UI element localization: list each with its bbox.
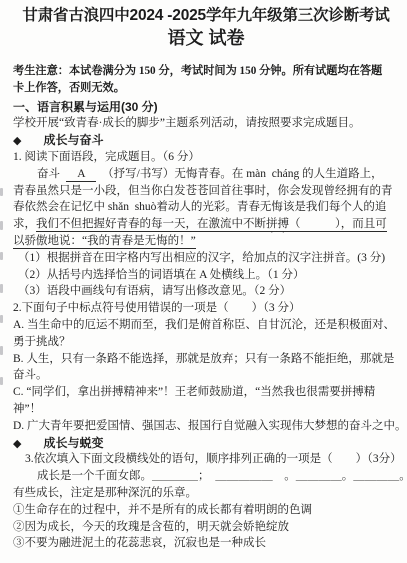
question2-optionC-line1: C. “同学们，拿出拼搏精神来”！王老师鼓励道，“当然我也很需要拼搏精 — [13, 384, 399, 401]
question3-passage-line1: 成长是一个千面女郎。＿＿＿＿； ＿＿＿＿＿ 。＿＿＿＿。＿＿＿＿。 — [13, 468, 399, 485]
question2-optionB-line2: 奋斗。 — [13, 367, 399, 384]
question2-optionC-line2: 神”！ — [13, 401, 399, 418]
question2-optionA-line2: 勇于挑战？ — [13, 334, 399, 351]
exam-title: 甘肃省古浪四中2024 -2025学年九年级第三次诊断考试 — [13, 5, 399, 26]
question1-sub3: （3）语段中画线句有语病，请写出修改意见。（2 分） — [13, 283, 399, 300]
exam-subtitle: 语文 试卷 — [13, 26, 399, 51]
scan-artifact — [0, 188, 3, 196]
diamond-bullet-icon: ◆ — [13, 135, 21, 147]
candidate-notice-line1: 考生注意：本试卷满分为 150 分，考试时间为 150 分钟。所有试题均在答题 — [13, 63, 399, 80]
underlined-sentence: 我们不但把握好青春的每一天，在激流中不断拼搏（ ），而且可 — [36, 218, 387, 232]
passage-text: 求， — [13, 218, 36, 230]
theme-header-growth-transformation: ◆成长与蜕变 — [13, 435, 399, 452]
passage-line-4: 求，我们不但把握好青春的每一天，在激流中不断拼搏（ ），而且可 — [13, 216, 399, 233]
passage-text: （抒写/书写）无悔青春。在 màn cháng 的人生道路上， — [96, 168, 382, 180]
scan-artifact — [0, 346, 3, 355]
section-intro: 学校开展“致青春·成长的脚步”主题系列活动，请按照要求完成题目。 — [13, 115, 399, 132]
passage-text: 成长是一个千面女郎。 — [37, 470, 152, 482]
scan-artifact — [0, 252, 3, 260]
candidate-notice-line2: 卡上作答，否则无效。 — [13, 80, 399, 97]
passage-line-2: 青春虽然只是一小段，但当你白发苍苍回首往事时，你会发现曾经拥有的青 — [13, 183, 399, 200]
question3-stem: 3.依次填入下面文段横线处的语句，顺序排列正确的一项是（ ）（3分） — [13, 451, 399, 468]
emphasis-dotted-word: 拼搏 — [266, 218, 289, 230]
theme-label: 成长与奋斗 — [43, 133, 103, 147]
passage-line-5: 以骄傲地说：“我的青春是无悔的！” — [13, 233, 399, 250]
scan-artifact — [0, 377, 3, 385]
question3-item1: ①生命存在的过程中，并不是所有的成长都有着明朗的色调 — [13, 502, 399, 519]
question3-item3: ③不要为融进泥土的花蕊悲哀，沉寂也是一种成长 — [13, 535, 399, 552]
section-heading: 一、语言积累与运用(30 分) — [13, 99, 399, 116]
scan-artifact — [0, 221, 3, 230]
scan-artifact — [0, 284, 3, 293]
question2-stem: 2.下面句子中标点符号使用错误的一项是（ ）（3 分） — [13, 300, 399, 317]
passage-text: 奋斗 — [37, 168, 66, 180]
question1-sub1: （1）根据拼音在田字格内写出相应的汉字，给加点的汉字注拼音。(3 分) — [13, 250, 399, 267]
underlined-text: （ ），而且可 — [289, 218, 387, 230]
fill-in-blanks: ＿＿＿＿； ＿＿＿＿＿ 。＿＿＿＿。＿＿＿＿。 — [152, 470, 407, 482]
underlined-sentence: 以骄傲地说：“我的青春是无悔的！” — [13, 235, 196, 249]
passage-line-1: 奋斗 A （抒写/书写）无悔青春。在 màn cháng 的人生道路上， — [13, 166, 399, 183]
theme-label: 成长与蜕变 — [43, 436, 103, 450]
question1-stem: 1. 阅读下面语段，完成题目。（6 分） — [13, 149, 399, 166]
question3-item2: ②因为成长，今天的玫瑰是含苞的，明天就会娇艳绽放 — [13, 519, 399, 536]
blank-a-underline: A — [66, 168, 97, 182]
underlined-text: 我们不但把握好青春的每一天，在激流中不断 — [36, 218, 266, 230]
question2-optionB-line1: B. 人生，只有一条路不能选择，那就是放弃；只有一条路不能拒绝，那就是 — [13, 351, 399, 368]
question2-optionA-line1: A. 当生命中的厄运不期而至，我们是俯首称臣、自甘沉沦，还是积极面对、 — [13, 317, 399, 334]
question3-passage-line2: 有些成长，注定是那种深沉的乐章。 — [13, 485, 399, 502]
question2-optionD: D. 广大青年要把爱国情、强国志、报国行自觉融入实现伟大梦想的奋斗之中。 — [13, 418, 399, 435]
diamond-bullet-icon: ◆ — [13, 438, 21, 450]
theme-header-growth-struggle: ◆成长与奋斗 — [13, 132, 399, 149]
passage-line-3: 春依然会在记忆中 shǎn shuò着动人的光彩。青春无悔该是我们每个人的追 — [13, 199, 399, 216]
exam-page: 甘肃省古浪四中2024 -2025学年九年级第三次诊断考试 语文 试卷 考生注意… — [0, 0, 407, 563]
scan-artifact — [0, 315, 3, 323]
question1-sub2: （2）从括号内选择恰当的词语填在 A 处横线上。（1 分） — [13, 267, 399, 284]
